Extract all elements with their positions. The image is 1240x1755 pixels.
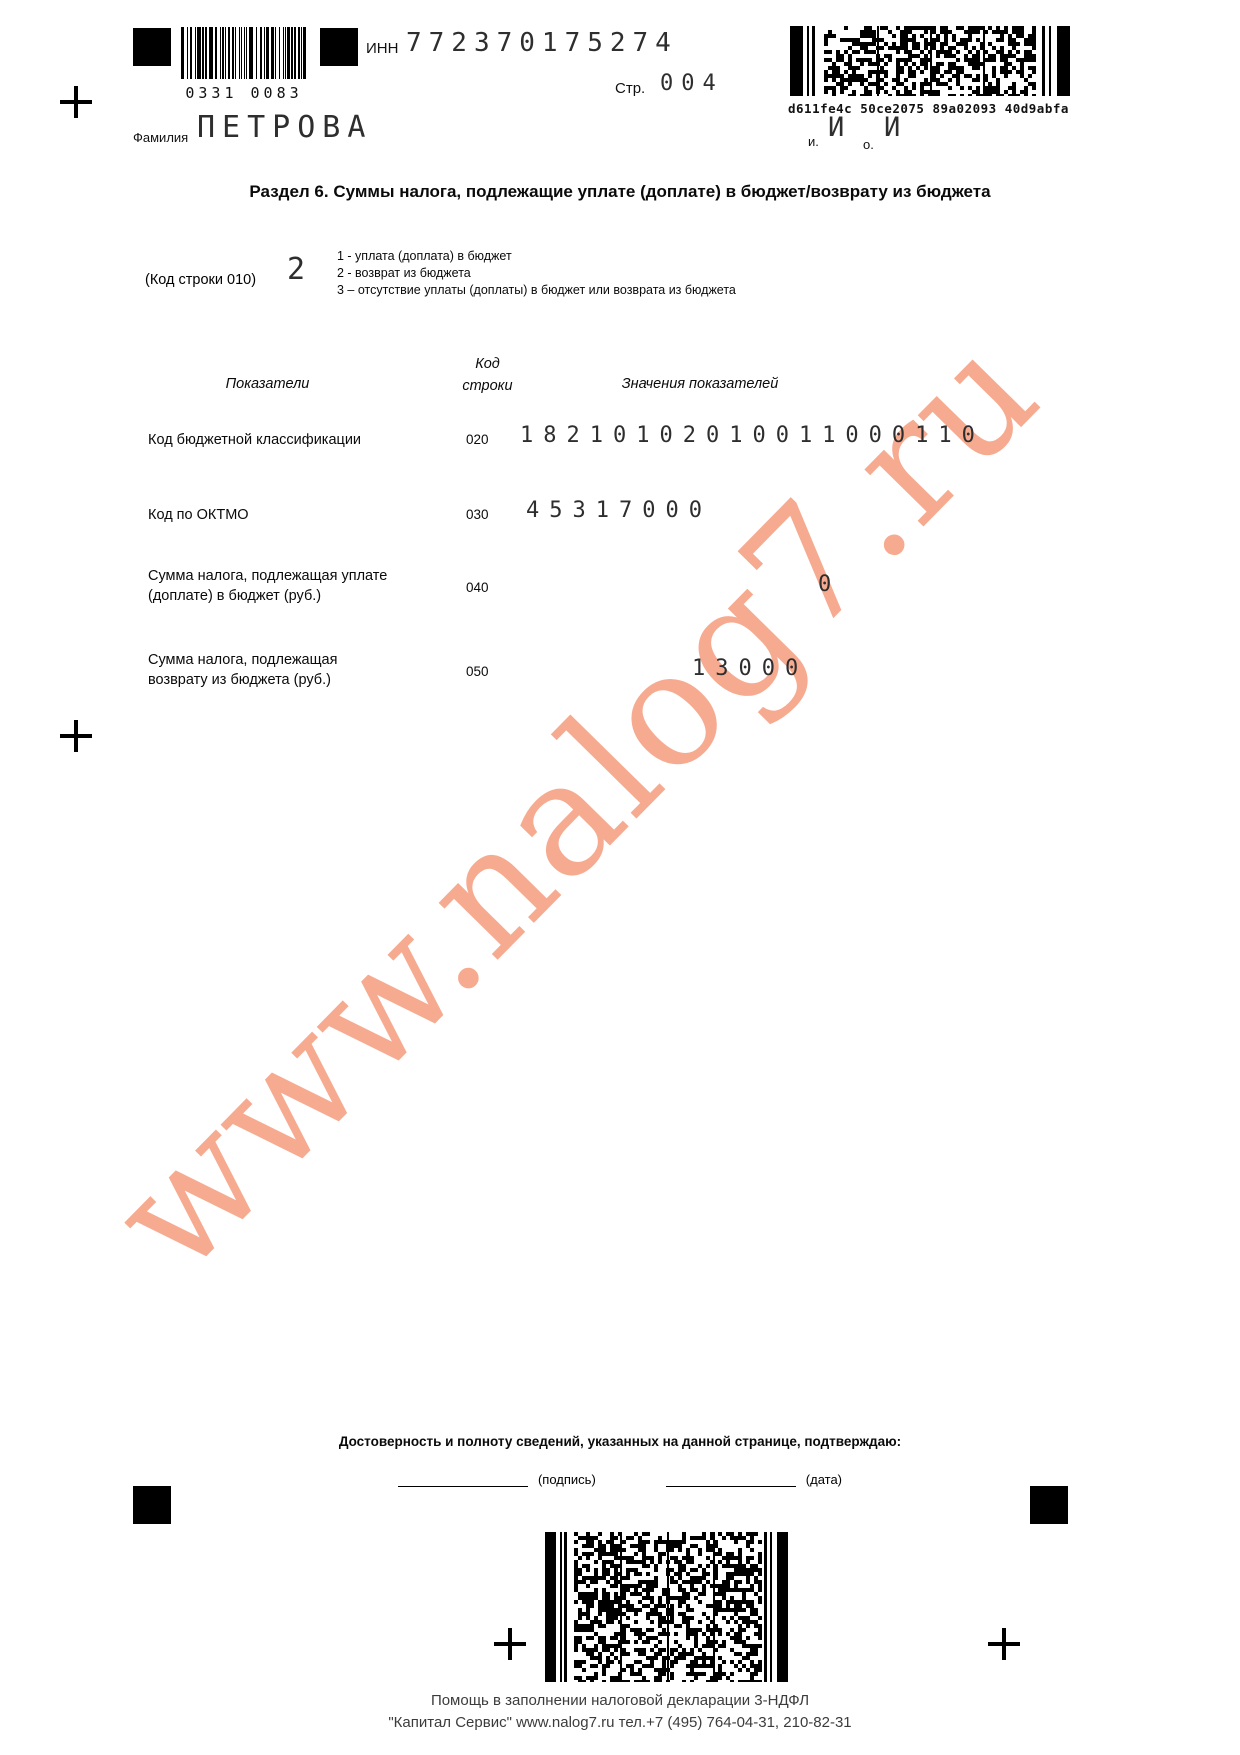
plus-mark (60, 720, 92, 752)
plus-mark (988, 1628, 1020, 1660)
patronymic-initial-label: о. (863, 137, 874, 152)
surname-label: Фамилия (133, 130, 188, 145)
page-label: Стр. (615, 80, 645, 97)
first-initial-value: И (828, 112, 844, 143)
form-barcode-number: 0331 0083 (170, 84, 318, 102)
registration-square (320, 28, 358, 66)
row-label: Код по ОКТМО (148, 505, 448, 525)
registration-square (133, 28, 171, 66)
row-value: 18210102010011000110 (520, 423, 985, 448)
registration-square (133, 1486, 171, 1524)
footer-help-line1: Помощь в заполнении налоговой декларации… (0, 1692, 1240, 1709)
row-value: 13000 (692, 656, 808, 681)
page-number: 004 (660, 71, 724, 96)
signature-label: (подпись) (538, 1472, 596, 1487)
signature-row: (подпись) (дата) (0, 1472, 1240, 1487)
row-code: 030 (466, 507, 489, 522)
date-label: (дата) (806, 1472, 842, 1487)
patronymic-initial-value: И (884, 112, 900, 143)
table-header-line-code: строки (445, 378, 530, 394)
row-value: 0 (818, 572, 841, 597)
plus-mark (60, 86, 92, 118)
plus-mark (494, 1628, 526, 1660)
surname-value: ПЕТРОВА (197, 110, 372, 145)
option-item: 3 – отсутствие уплаты (доплаты) в бюджет… (337, 282, 736, 299)
row-label: Сумма налога, подлежащая возврату из бюд… (148, 650, 388, 690)
line-code-options: 1 - уплата (доплата) в бюджет 2 - возвра… (337, 248, 736, 299)
pdf417-barcode-bottom (545, 1532, 788, 1682)
table-header-indicators: Показатели (180, 376, 355, 392)
tax-form-page: www.nalog7.ru 0331 0083 ИНН 772370175274… (0, 0, 1240, 1755)
row-label: Код бюджетной классификации (148, 430, 448, 450)
registration-square (1030, 1486, 1068, 1524)
row-code: 050 (466, 664, 489, 679)
option-item: 1 - уплата (доплата) в бюджет (337, 248, 736, 265)
row-value: 45317000 (526, 498, 712, 523)
row-code: 040 (466, 580, 489, 595)
row-code: 020 (466, 432, 489, 447)
option-item: 2 - возврат из бюджета (337, 265, 736, 282)
row-label: Сумма налога, подлежащая уплате (доплате… (148, 566, 432, 606)
line-code-010-label: (Код строки 010) (145, 272, 256, 288)
date-line (666, 1472, 796, 1487)
footer-help-line2: "Капитал Сервис" www.nalog7.ru тел.+7 (4… (0, 1714, 1240, 1731)
table-header-line-code: Код (445, 356, 530, 372)
first-initial-label: и. (808, 134, 819, 149)
table-header-values: Значения показателей (585, 376, 815, 392)
line-code-010-value: 2 (287, 252, 305, 287)
inn-value: 772370175274 (406, 28, 678, 58)
form-barcode (180, 27, 308, 79)
confirmation-text: Достоверность и полноту сведений, указан… (0, 1434, 1240, 1449)
signature-line (398, 1472, 528, 1487)
section-title: Раздел 6. Суммы налога, подлежащие уплат… (0, 182, 1240, 202)
pdf417-barcode (790, 26, 1070, 96)
inn-label: ИНН (366, 40, 398, 57)
